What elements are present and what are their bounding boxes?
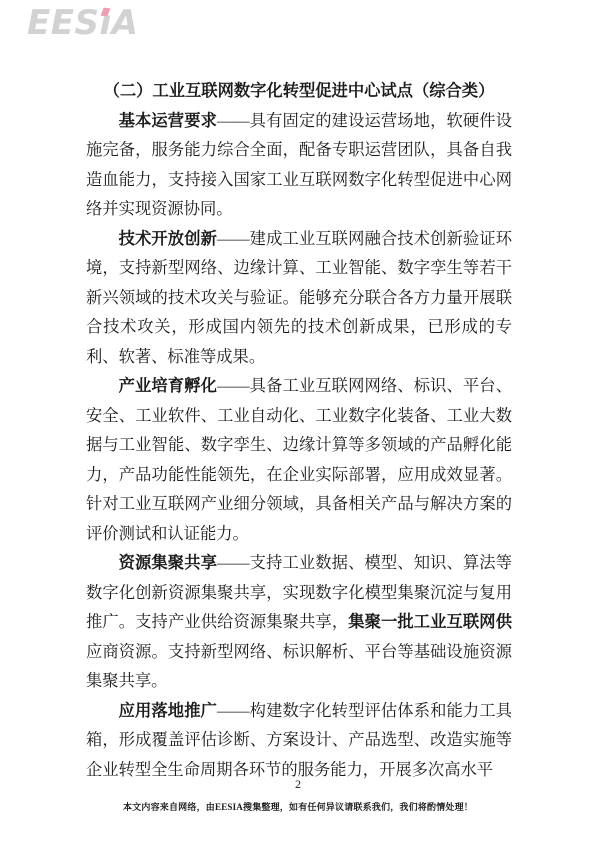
paragraph: 基本运营要求——具有固定的建设运营场地，软硬件设施完备，服务能力综合全面，配备专… xyxy=(86,106,512,224)
bold-run: 技术开放创新 xyxy=(119,229,217,248)
paragraph: 应用落地推广——构建数字化转型评估体系和能力工具箱，形成覆盖评估诊断、方案设计、… xyxy=(86,696,512,785)
section-title: （二）工业互联网数字化转型促进中心试点（综合类） xyxy=(86,76,512,106)
footer-disclaimer: 本文内容来自网络，由EESIA搜集整理，如有任何异议请联系我们，我们将酌情处理！ xyxy=(0,801,596,813)
paragraph: 技术开放创新——建成工业互联网融合技术创新验证环境，支持新型网络、边缘计算、工业… xyxy=(86,224,512,372)
page-number: 2 xyxy=(0,777,596,791)
bold-run: 产业培育孵化 xyxy=(119,376,217,395)
logo-text-pre: EES xyxy=(27,3,99,43)
bold-run: 集聚一批工业互联网供 xyxy=(348,612,512,631)
paragraph: 产业培育孵化——具备工业互联网网络、标识、平台、安全、工业软件、工业自动化、工业… xyxy=(86,371,512,548)
logo-text-post: A xyxy=(112,3,139,43)
eesia-logo: EESıA xyxy=(27,1,138,45)
document-page: EESıA （二）工业互联网数字化转型促进中心试点（综合类） 基本运营要求——具… xyxy=(0,0,596,842)
logo-letter-i: ı xyxy=(99,1,111,45)
text-run: ——具备工业互联网网络、标识、平台、安全、工业软件、工业自动化、工业数字化装备、… xyxy=(86,376,512,543)
paragraph: 资源集聚共享——支持工业数据、模型、知识、算法等数字化创新资源集聚共享，实现数字… xyxy=(86,548,512,696)
bold-run: 资源集聚共享 xyxy=(119,553,217,572)
text-run: ——建成工业互联网融合技术创新验证环境，支持新型网络、边缘计算、工业智能、数字孪… xyxy=(86,229,512,366)
text-run: 应商资源。支持新型网络、标识解析、平台等基础设施资源集聚共享。 xyxy=(86,642,512,691)
bold-run: 应用落地推广 xyxy=(119,701,217,720)
body-paragraphs: 基本运营要求——具有固定的建设运营场地，软硬件设施完备，服务能力综合全面，配备专… xyxy=(86,106,512,785)
bold-run: 基本运营要求 xyxy=(119,111,217,130)
document-body: （二）工业互联网数字化转型促进中心试点（综合类） 基本运营要求——具有固定的建设… xyxy=(86,76,512,784)
